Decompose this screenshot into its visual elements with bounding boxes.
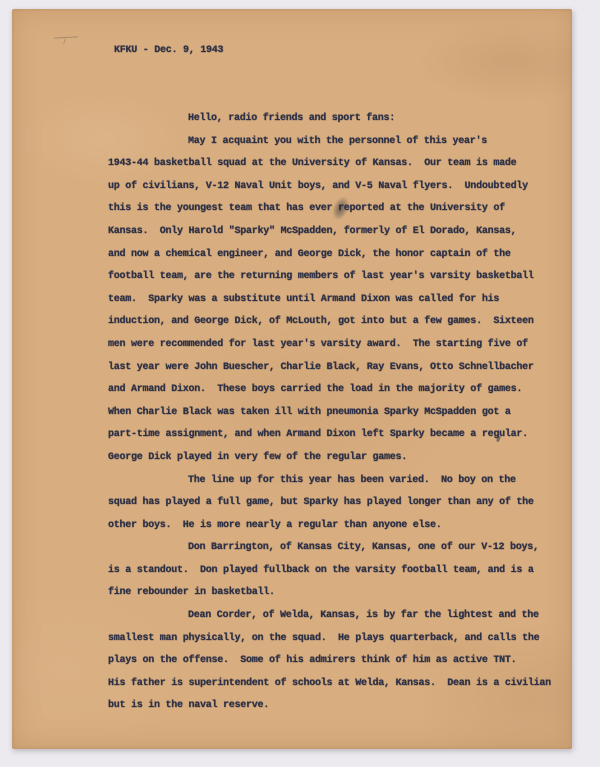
script-line: His father is superintendent of schools … <box>108 673 560 696</box>
script-line: induction, and George Dick, of McLouth, … <box>108 311 560 334</box>
script-line: smallest man physically, on the squad. H… <box>108 628 560 651</box>
script-line: team. Sparky was a substitute until Arma… <box>108 289 560 312</box>
script-line: this is the youngest team that has ever … <box>108 198 560 221</box>
script-line: 1943-44 basketball squad at the Universi… <box>108 153 560 176</box>
pencil-mark <box>54 36 78 46</box>
script-line: The line up for this year has been varie… <box>108 470 560 493</box>
script-body: Hello, radio friends and sport fans: May… <box>108 108 560 718</box>
script-line: football team, are the returning members… <box>108 266 560 289</box>
script-line: up of civilians, V-12 Naval Unit boys, a… <box>108 176 560 199</box>
script-line: and now a chemical engineer, and George … <box>108 244 560 267</box>
station-dateline: KFKU - Dec. 9, 1943 <box>114 45 223 57</box>
script-line: Kansas. Only Harold "Sparky" McSpadden, … <box>108 221 560 244</box>
script-line: Hello, radio friends and sport fans: <box>108 108 560 131</box>
scanner-background: KFKU - Dec. 9, 1943 Hello, radio friends… <box>0 0 600 767</box>
script-line: is a standout. Don played fullback on th… <box>108 560 560 583</box>
script-line: Don Barrington, of Kansas City, Kansas, … <box>108 537 560 560</box>
script-line: squad has played a full game, but Sparky… <box>108 492 560 515</box>
script-line: last year were John Buescher, Charlie Bl… <box>108 357 560 380</box>
script-line: fine rebounder in basketball. <box>108 582 560 605</box>
script-line: When Charlie Black was taken ill with pn… <box>108 402 560 425</box>
script-line: other boys. He is more nearly a regular … <box>108 515 560 538</box>
script-line: but is in the naval reserve. <box>108 695 560 718</box>
script-line: George Dick played in very few of the re… <box>108 447 560 470</box>
script-line: plays on the offense. Some of his admire… <box>108 650 560 673</box>
document-page: KFKU - Dec. 9, 1943 Hello, radio friends… <box>12 9 572 749</box>
script-line: Dean Corder, of Welda, Kansas, is by far… <box>108 605 560 628</box>
script-line: May I acquaint you with the personnel of… <box>108 131 560 154</box>
script-line: and Armand Dixon. These boys carried the… <box>108 379 560 402</box>
script-line: part-time assignment, and when Armand Di… <box>108 424 560 447</box>
script-line: men were recommended for last year's var… <box>108 334 560 357</box>
